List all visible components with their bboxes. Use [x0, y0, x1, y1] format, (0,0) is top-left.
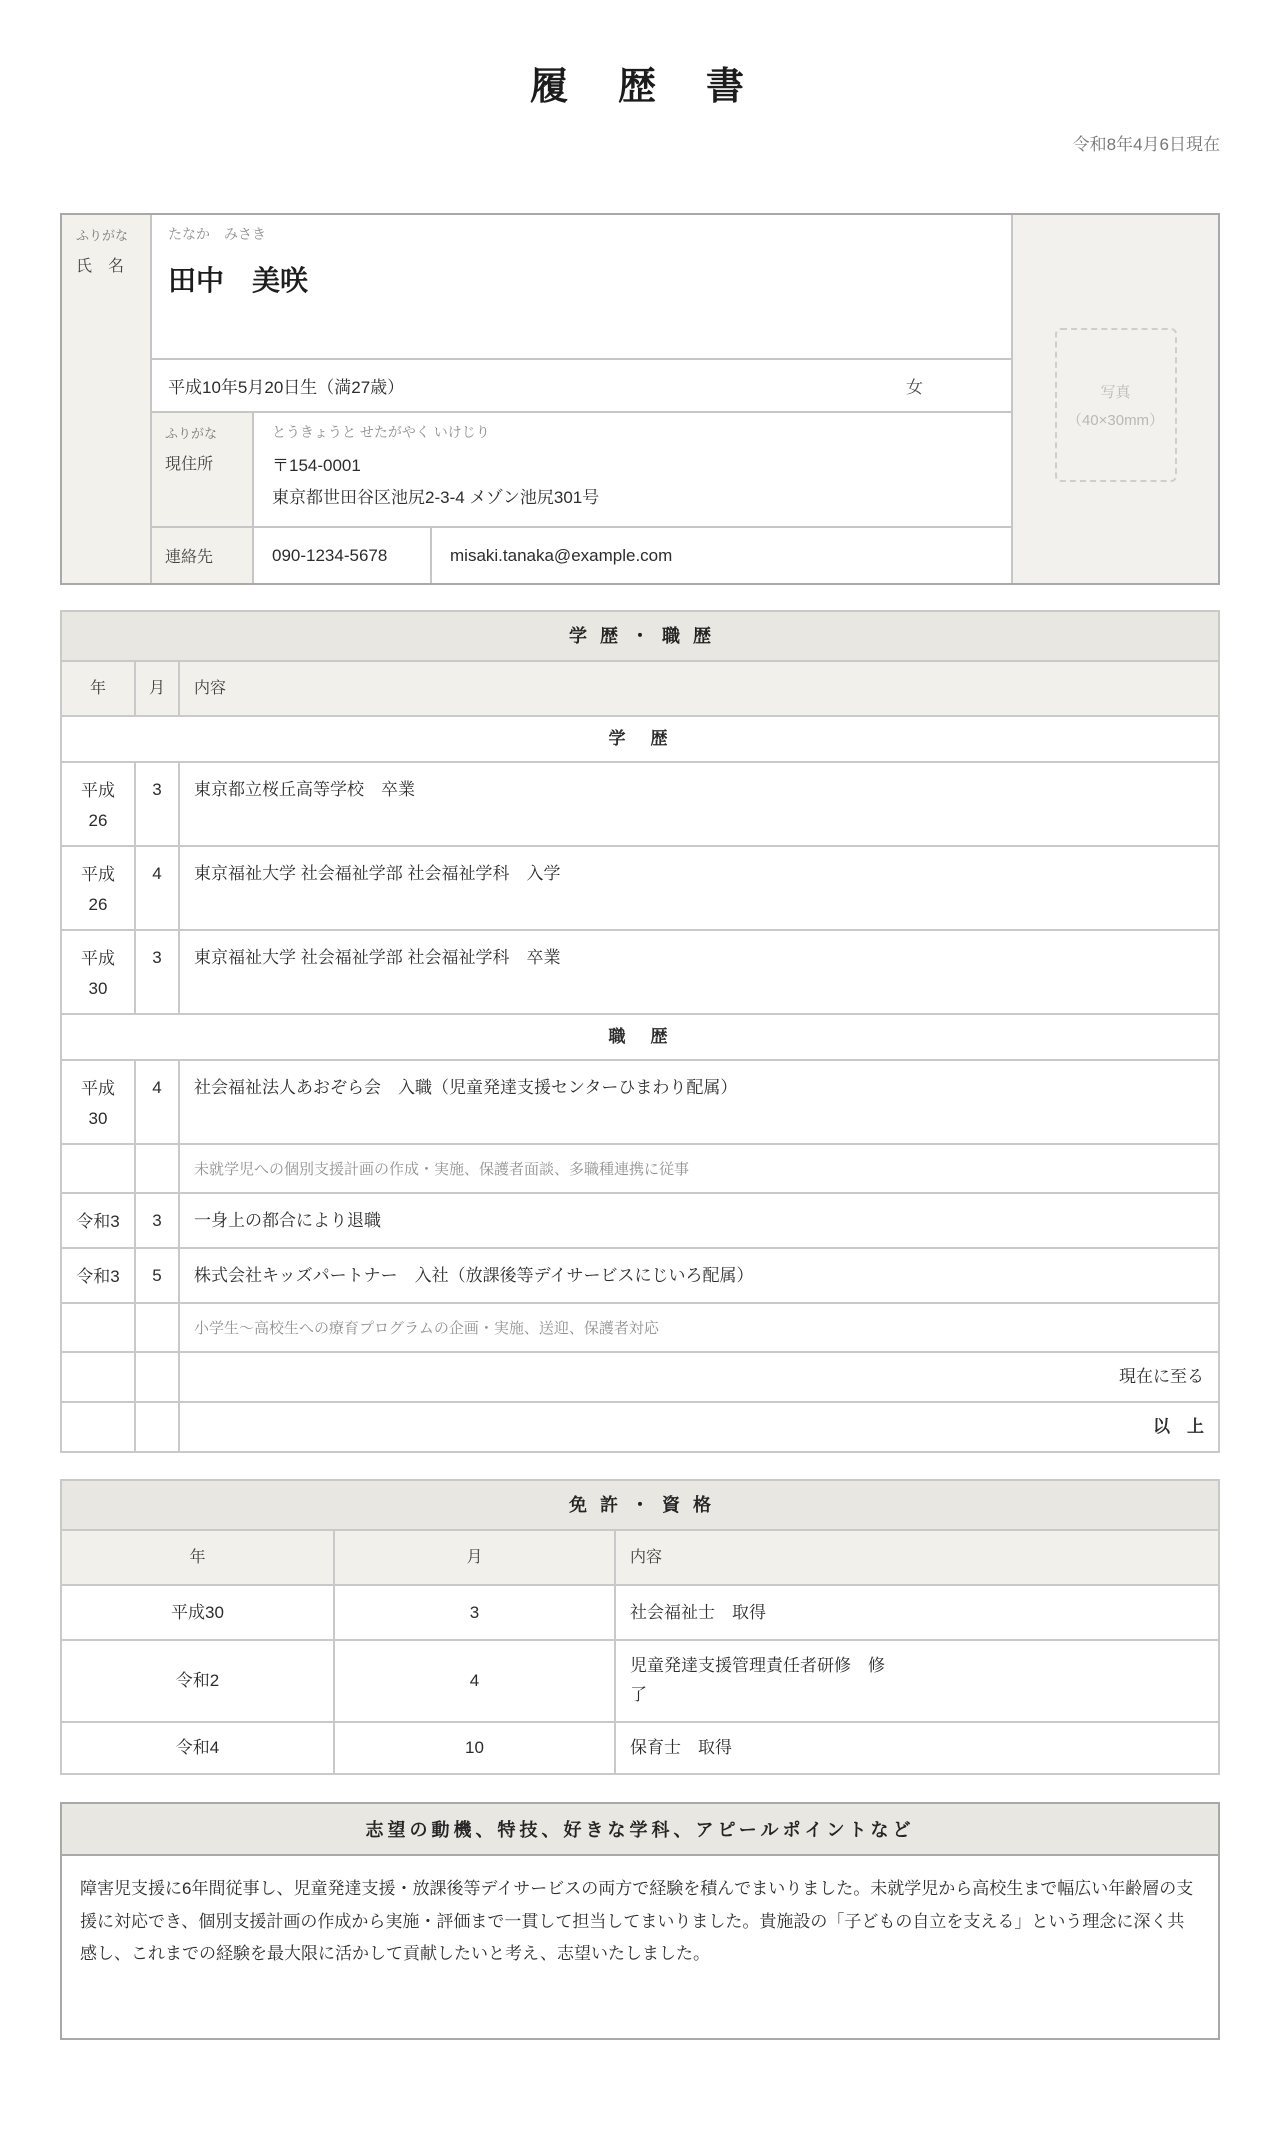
address-row: ふりがな 現住所 とうきょうと せたがやく いけじり 〒154-0001 東京都… — [152, 413, 1011, 528]
col-year: 年 — [61, 661, 135, 716]
history-title: 学歴・職歴 — [61, 611, 1219, 661]
birth-row: 平成10年5月20日生（満27歳） 女 — [152, 360, 1011, 413]
address-content: とうきょうと せたがやく いけじり 〒154-0001 東京都世田谷区池尻2-3… — [254, 413, 599, 526]
table-row: 平成30 3 東京福祉大学 社会福祉学部 社会福祉学科 卒業 — [61, 930, 1219, 1014]
phone-value: 090-1234-5678 — [254, 528, 432, 583]
personal-main-column: たなか みさき 田中 美咲 平成10年5月20日生（満27歳） 女 ふりがな 現… — [152, 215, 1013, 583]
entry-year: 平成30 — [61, 930, 135, 1014]
license-month: 10 — [334, 1722, 615, 1774]
entry-month: 3 — [135, 762, 179, 846]
col-month: 月 — [334, 1530, 615, 1585]
entry-year: 令和3 — [61, 1193, 135, 1248]
work-subheader: 職 歴 — [61, 1014, 1219, 1060]
address-furigana-label: ふりがな — [165, 423, 252, 442]
table-row: 令和2 4 児童発達支援管理責任者研修 修了 — [61, 1640, 1219, 1722]
photo-size-label: （40×30mm） — [1067, 409, 1164, 430]
photo-label: 写真 — [1100, 381, 1130, 402]
table-row-note: 小学生〜高校生への療育プログラムの企画・実施、送迎、保護者対応 — [61, 1303, 1219, 1352]
motivation-header: 志望の動機、特技、好きな学科、アピールポイントなど — [60, 1802, 1220, 1854]
furigana-label: ふりがな — [76, 225, 150, 244]
history-table: 学歴・職歴 年 月 内容 学 歴 平成26 3 東京都立桜丘高等学校 卒業 平成… — [60, 610, 1220, 1453]
licenses-title: 免許・資格 — [61, 1480, 1219, 1530]
license-year: 令和4 — [61, 1722, 334, 1774]
contact-label-cell: 連絡先 — [152, 528, 254, 583]
name-block: たなか みさき 田中 美咲 — [152, 215, 1011, 360]
contact-row: 連絡先 090-1234-5678 misaki.tanaka@example.… — [152, 528, 1011, 583]
present-status: 現在に至る — [179, 1352, 1219, 1402]
table-row: 令和3 5 株式会社キッズパートナー 入社（放課後等デイサービスにじいろ配属） — [61, 1248, 1219, 1303]
entry-content: 一身上の都合により退職 — [179, 1193, 1219, 1248]
licenses-table: 免許・資格 年 月 内容 平成30 3 社会福祉士 取得 令和2 4 児童発達支… — [60, 1479, 1220, 1775]
entry-content: 東京都立桜丘高等学校 卒業 — [179, 762, 1219, 846]
entry-note: 小学生〜高校生への療育プログラムの企画・実施、送迎、保護者対応 — [179, 1303, 1219, 1352]
page-title: 履 歴 書 — [0, 55, 1280, 110]
address-label-cell: ふりがな 現住所 — [152, 413, 254, 526]
col-year: 年 — [61, 1530, 334, 1585]
entry-month: 3 — [135, 930, 179, 1014]
history-column-header: 年 月 内容 — [61, 661, 1219, 716]
address-label: 現住所 — [165, 451, 252, 474]
name-label: 氏 名 — [76, 253, 150, 276]
resume-page: 履 歴 書 令和8年4月6日現在 ふりがな 氏 名 たなか みさき 田中 美咲 … — [0, 0, 1280, 2130]
name-label-cell: ふりがな 氏 名 — [62, 215, 152, 583]
date-note: 令和8年4月6日現在 — [0, 130, 1220, 155]
photo-cell: 写真 （40×30mm） — [1013, 215, 1218, 583]
table-row-closing: 以 上 — [61, 1402, 1219, 1452]
entry-year: 令和3 — [61, 1248, 135, 1303]
gender-value: 女 — [906, 373, 923, 398]
entry-year: 平成26 — [61, 762, 135, 846]
col-content: 内容 — [615, 1530, 1219, 1585]
col-month: 月 — [135, 661, 179, 716]
licenses-section-header: 免許・資格 — [61, 1480, 1219, 1530]
table-row-closing: 現在に至る — [61, 1352, 1219, 1402]
table-row: 平成30 4 社会福祉法人あおぞら会 入職（児童発達支援センターひまわり配属） — [61, 1060, 1219, 1144]
table-row: 平成30 3 社会福祉士 取得 — [61, 1585, 1219, 1640]
table-row-note: 未就学児への個別支援計画の作成・実施、保護者面談、多職種連携に従事 — [61, 1144, 1219, 1193]
motivation-section: 志望の動機、特技、好きな学科、アピールポイントなど 障害児支援に6年間従事し、児… — [60, 1802, 1220, 2040]
entry-year: 平成26 — [61, 846, 135, 930]
table-row: 平成26 4 東京福祉大学 社会福祉学部 社会福祉学科 入学 — [61, 846, 1219, 930]
col-content: 内容 — [179, 661, 1219, 716]
entry-month: 3 — [135, 1193, 179, 1248]
entry-content: 社会福祉法人あおぞら会 入職（児童発達支援センターひまわり配属） — [179, 1060, 1219, 1144]
license-year: 令和2 — [61, 1640, 334, 1722]
personal-info-table: ふりがな 氏 名 たなか みさき 田中 美咲 平成10年5月20日生（満27歳）… — [60, 213, 1220, 585]
entry-note: 未就学児への個別支援計画の作成・実施、保護者面談、多職種連携に従事 — [179, 1144, 1219, 1193]
name-furigana: たなか みさき — [168, 224, 1011, 244]
license-month: 3 — [334, 1585, 615, 1640]
license-content: 保育士 取得 — [615, 1722, 1219, 1774]
education-subheader: 学 歴 — [61, 716, 1219, 762]
entry-month: 5 — [135, 1248, 179, 1303]
entry-month: 4 — [135, 846, 179, 930]
birth-date: 平成10年5月20日生（満27歳） — [168, 373, 404, 398]
history-section-header: 学歴・職歴 — [61, 611, 1219, 661]
end-marker: 以 上 — [179, 1402, 1219, 1452]
table-row: 令和4 10 保育士 取得 — [61, 1722, 1219, 1774]
photo-placeholder: 写真 （40×30mm） — [1055, 328, 1177, 482]
entry-month: 4 — [135, 1060, 179, 1144]
entry-content: 株式会社キッズパートナー 入社（放課後等デイサービスにじいろ配属） — [179, 1248, 1219, 1303]
address-line: 東京都世田谷区池尻2-3-4 メゾン池尻301号 — [272, 483, 599, 508]
email-value: misaki.tanaka@example.com — [432, 528, 1011, 583]
address-furigana: とうきょうと せたがやく いけじり — [272, 422, 599, 442]
table-row: 平成26 3 東京都立桜丘高等学校 卒業 — [61, 762, 1219, 846]
entry-content: 東京福祉大学 社会福祉学部 社会福祉学科 入学 — [179, 846, 1219, 930]
table-row: 令和3 3 一身上の都合により退職 — [61, 1193, 1219, 1248]
license-content: 児童発達支援管理責任者研修 修了 — [615, 1640, 1219, 1722]
license-content: 社会福祉士 取得 — [615, 1585, 1219, 1640]
postal-code: 〒154-0001 — [272, 451, 599, 476]
entry-content: 東京福祉大学 社会福祉学部 社会福祉学科 卒業 — [179, 930, 1219, 1014]
license-month: 4 — [334, 1640, 615, 1722]
licenses-column-header: 年 月 内容 — [61, 1530, 1219, 1585]
entry-year: 平成30 — [61, 1060, 135, 1144]
motivation-body: 障害児支援に6年間従事し、児童発達支援・放課後等デイサービスの両方で経験を積んで… — [60, 1854, 1220, 2040]
full-name: 田中 美咲 — [168, 259, 1011, 299]
license-year: 平成30 — [61, 1585, 334, 1640]
